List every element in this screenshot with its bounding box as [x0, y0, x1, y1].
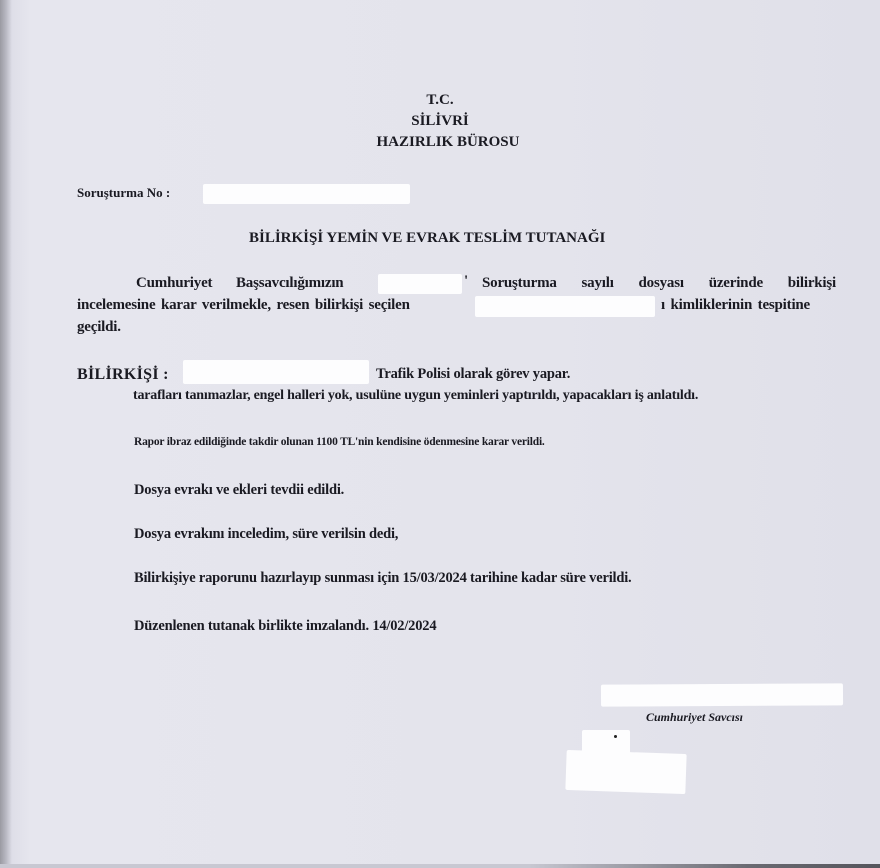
investigation-no-redaction: [203, 184, 410, 204]
paragraph-1: Dosya evrakı ve ekleri tevdii edildi.: [134, 482, 344, 499]
paragraph-4: Düzenlenen tutanak birlikte imzalandı. 1…: [134, 618, 436, 635]
intro-line3: geçildi.: [77, 319, 121, 336]
paragraph-2: Dosya evrakını inceledim, süre verilsin …: [134, 526, 398, 543]
expert-label: BİLİRKİŞİ :: [77, 366, 169, 384]
intro-word: üzerinde: [709, 275, 763, 292]
signature-name-redaction: [601, 683, 843, 706]
expert-name-redaction: [183, 360, 369, 384]
intro-word-1: Cumhuriyet: [136, 275, 212, 292]
intro-redaction-1: [378, 274, 462, 294]
header-tc: T.C.: [0, 92, 880, 109]
intro-mark: ': [464, 273, 468, 290]
ink-dot: [614, 735, 617, 738]
investigation-no-label: Soruşturma No :: [77, 185, 170, 201]
intro-line2-start: incelemesine karar verilmekle, resen bil…: [77, 297, 410, 314]
document-page: T.C. SİLİVRİ HAZIRLIK BÜROSU Soruşturma …: [0, 0, 880, 868]
intro-word: dosyası: [639, 275, 684, 292]
expert-statement: tarafları tanımazlar, engel halleri yok,…: [133, 388, 698, 404]
signature-redaction-bottom: [565, 750, 686, 794]
document-title: BİLİRKİŞİ YEMİN VE EVRAK TESLİM TUTANAĞI: [249, 230, 605, 247]
intro-word: bilirkişi: [788, 275, 836, 292]
intro-word: Soruşturma: [482, 275, 557, 292]
fee-note: Rapor ibraz edildiğinde takdir olunan 11…: [134, 436, 545, 448]
paragraph-3: Bilirkişiye raporunu hazırlayıp sunması …: [134, 570, 631, 587]
intro-redaction-2: [475, 296, 655, 317]
header-office: HAZIRLIK BÜROSU: [8, 134, 880, 151]
expert-role: Trafik Polisi olarak görev yapar.: [376, 366, 570, 383]
intro-line2-end: ı kimliklerinin tespitine: [661, 297, 810, 314]
intro-line1-rest: Soruşturma sayılı dosyası üzerinde bilir…: [482, 275, 836, 292]
intro-word: sayılı: [582, 275, 614, 292]
intro-word-2: Başsavcılığımızın: [236, 275, 343, 292]
header-city: SİLİVRİ: [0, 113, 880, 130]
signature-title: Cumhuriyet Savcısı: [646, 710, 743, 725]
